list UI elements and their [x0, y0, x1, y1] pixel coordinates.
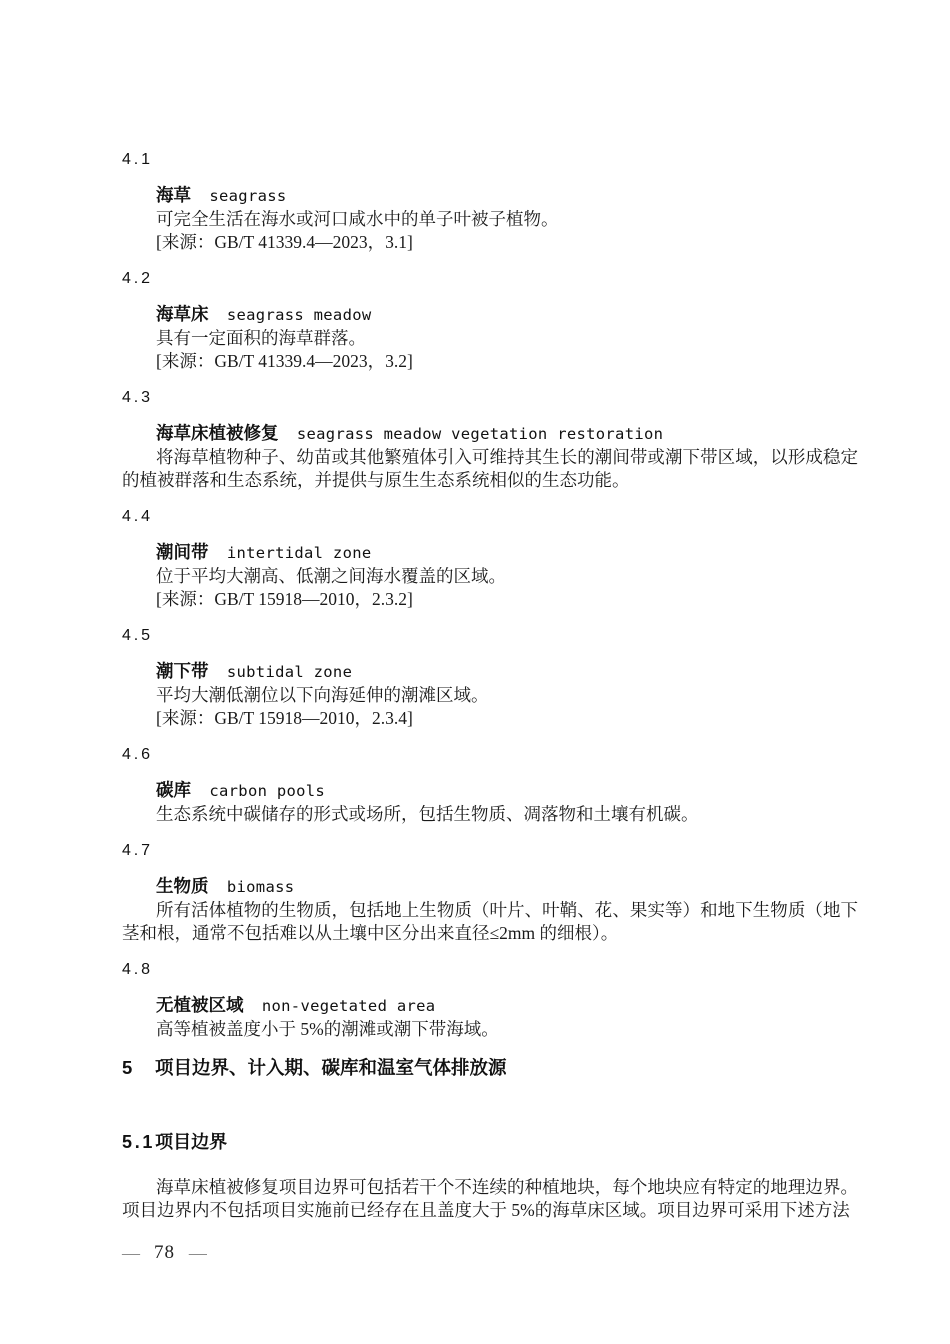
term-english: seagrass: [209, 187, 286, 205]
document-page: 4.1 海草 seagrass 可完全生活在海水或河口咸水中的单子叶被子植物。 …: [0, 0, 950, 1344]
term-definition: 位于平均大潮高、低潮之间海水覆盖的区域。: [122, 565, 858, 588]
term-english: seagrass meadow vegetation restoration: [297, 425, 663, 443]
term-line: 海草 seagrass: [122, 184, 858, 208]
term-section-4-1: 4.1 海草 seagrass 可完全生活在海水或河口咸水中的单子叶被子植物。 …: [122, 149, 858, 254]
term-chinese: 潮间带: [156, 542, 209, 562]
term-chinese: 海草: [156, 185, 191, 205]
term-section-4-3: 4.3 海草床植被修复 seagrass meadow vegetation r…: [122, 387, 858, 492]
term-section-4-6: 4.6 碳库 carbon pools 生态系统中碳储存的形式或场所，包括生物质…: [122, 744, 858, 826]
term-section-4-8: 4.8 无植被区域 non-vegetated area 高等植被盖度小于 5%…: [122, 959, 858, 1041]
term-line: 潮下带 subtidal zone: [122, 660, 858, 684]
term-section-4-7: 4.7 生物质 biomass 所有活体植物的生物质，包括地上生物质（叶片、叶鞘…: [122, 840, 858, 945]
term-section-4-5: 4.5 潮下带 subtidal zone 平均大潮低潮位以下向海延伸的潮滩区域…: [122, 625, 858, 730]
clause-number: 5: [122, 1055, 155, 1081]
term-chinese: 海草床: [156, 304, 209, 324]
term-definition: 可完全生活在海水或河口咸水中的单子叶被子植物。: [122, 208, 858, 231]
clause-title: 项目边界、计入期、碳库和温室气体排放源: [155, 1057, 507, 1078]
term-line: 潮间带 intertidal zone: [122, 541, 858, 565]
section-number: 4.7: [122, 840, 858, 862]
subclause-number: 5.1: [122, 1129, 155, 1155]
section-number: 4.1: [122, 149, 858, 171]
page-number: 78: [154, 1240, 175, 1266]
term-line: 海草床植被修复 seagrass meadow vegetation resto…: [122, 422, 858, 446]
term-line: 碳库 carbon pools: [122, 779, 858, 803]
term-source: [来源：GB/T 15918—2010，2.3.2]: [122, 588, 858, 611]
term-source: [来源：GB/T 15918—2010，2.3.4]: [122, 707, 858, 730]
page-content: 4.1 海草 seagrass 可完全生活在海水或河口咸水中的单子叶被子植物。 …: [122, 149, 858, 1222]
term-chinese: 生物质: [156, 876, 209, 896]
section-number: 4.2: [122, 268, 858, 290]
term-english: intertidal zone: [227, 544, 372, 562]
term-definition: 平均大潮低潮位以下向海延伸的潮滩区域。: [122, 684, 858, 707]
term-source: [来源：GB/T 41339.4—2023，3.1]: [122, 231, 858, 254]
clause-5-1-paragraph: 海草床植被修复项目边界可包括若干个不连续的种植地块，每个地块应有特定的地理边界。…: [122, 1176, 858, 1222]
term-english: carbon pools: [209, 782, 325, 800]
page-number-dash-left: —: [122, 1240, 140, 1266]
term-english: non-vegetated area: [262, 997, 436, 1015]
term-definition: 高等植被盖度小于 5%的潮滩或潮下带海域。: [122, 1018, 858, 1041]
term-line: 生物质 biomass: [122, 875, 858, 899]
section-number: 4.5: [122, 625, 858, 647]
section-number: 4.6: [122, 744, 858, 766]
subclause-title: 项目边界: [155, 1132, 227, 1152]
term-section-4-4: 4.4 潮间带 intertidal zone 位于平均大潮高、低潮之间海水覆盖…: [122, 506, 858, 611]
term-definition: 具有一定面积的海草群落。: [122, 327, 858, 350]
section-number: 4.4: [122, 506, 858, 528]
term-english: seagrass meadow: [227, 306, 372, 324]
term-section-4-2: 4.2 海草床 seagrass meadow 具有一定面积的海草群落。 [来源…: [122, 268, 858, 373]
term-chinese: 无植被区域: [156, 995, 244, 1015]
clause-5-1-heading: 5.1项目边界: [122, 1129, 858, 1155]
term-english: subtidal zone: [227, 663, 352, 681]
term-source: [来源：GB/T 41339.4—2023，3.2]: [122, 350, 858, 373]
term-english: biomass: [227, 878, 295, 896]
term-chinese: 碳库: [156, 780, 191, 800]
term-chinese: 潮下带: [156, 661, 209, 681]
section-number: 4.3: [122, 387, 858, 409]
term-line: 无植被区域 non-vegetated area: [122, 994, 858, 1018]
page-number-dash-right: —: [189, 1240, 207, 1266]
clause-5-heading: 5项目边界、计入期、碳库和温室气体排放源: [122, 1055, 858, 1081]
term-definition: 生态系统中碳储存的形式或场所，包括生物质、凋落物和土壤有机碳。: [122, 803, 858, 826]
term-line: 海草床 seagrass meadow: [122, 303, 858, 327]
term-definition: 所有活体植物的生物质，包括地上生物质（叶片、叶鞘、花、果实等）和地下生物质（地下…: [122, 899, 858, 945]
term-chinese: 海草床植被修复: [156, 423, 279, 443]
section-number: 4.8: [122, 959, 858, 981]
page-footer: — 78 —: [122, 1240, 207, 1266]
term-definition: 将海草植物种子、幼苗或其他繁殖体引入可维持其生长的潮间带或潮下带区域，以形成稳定…: [122, 446, 858, 492]
